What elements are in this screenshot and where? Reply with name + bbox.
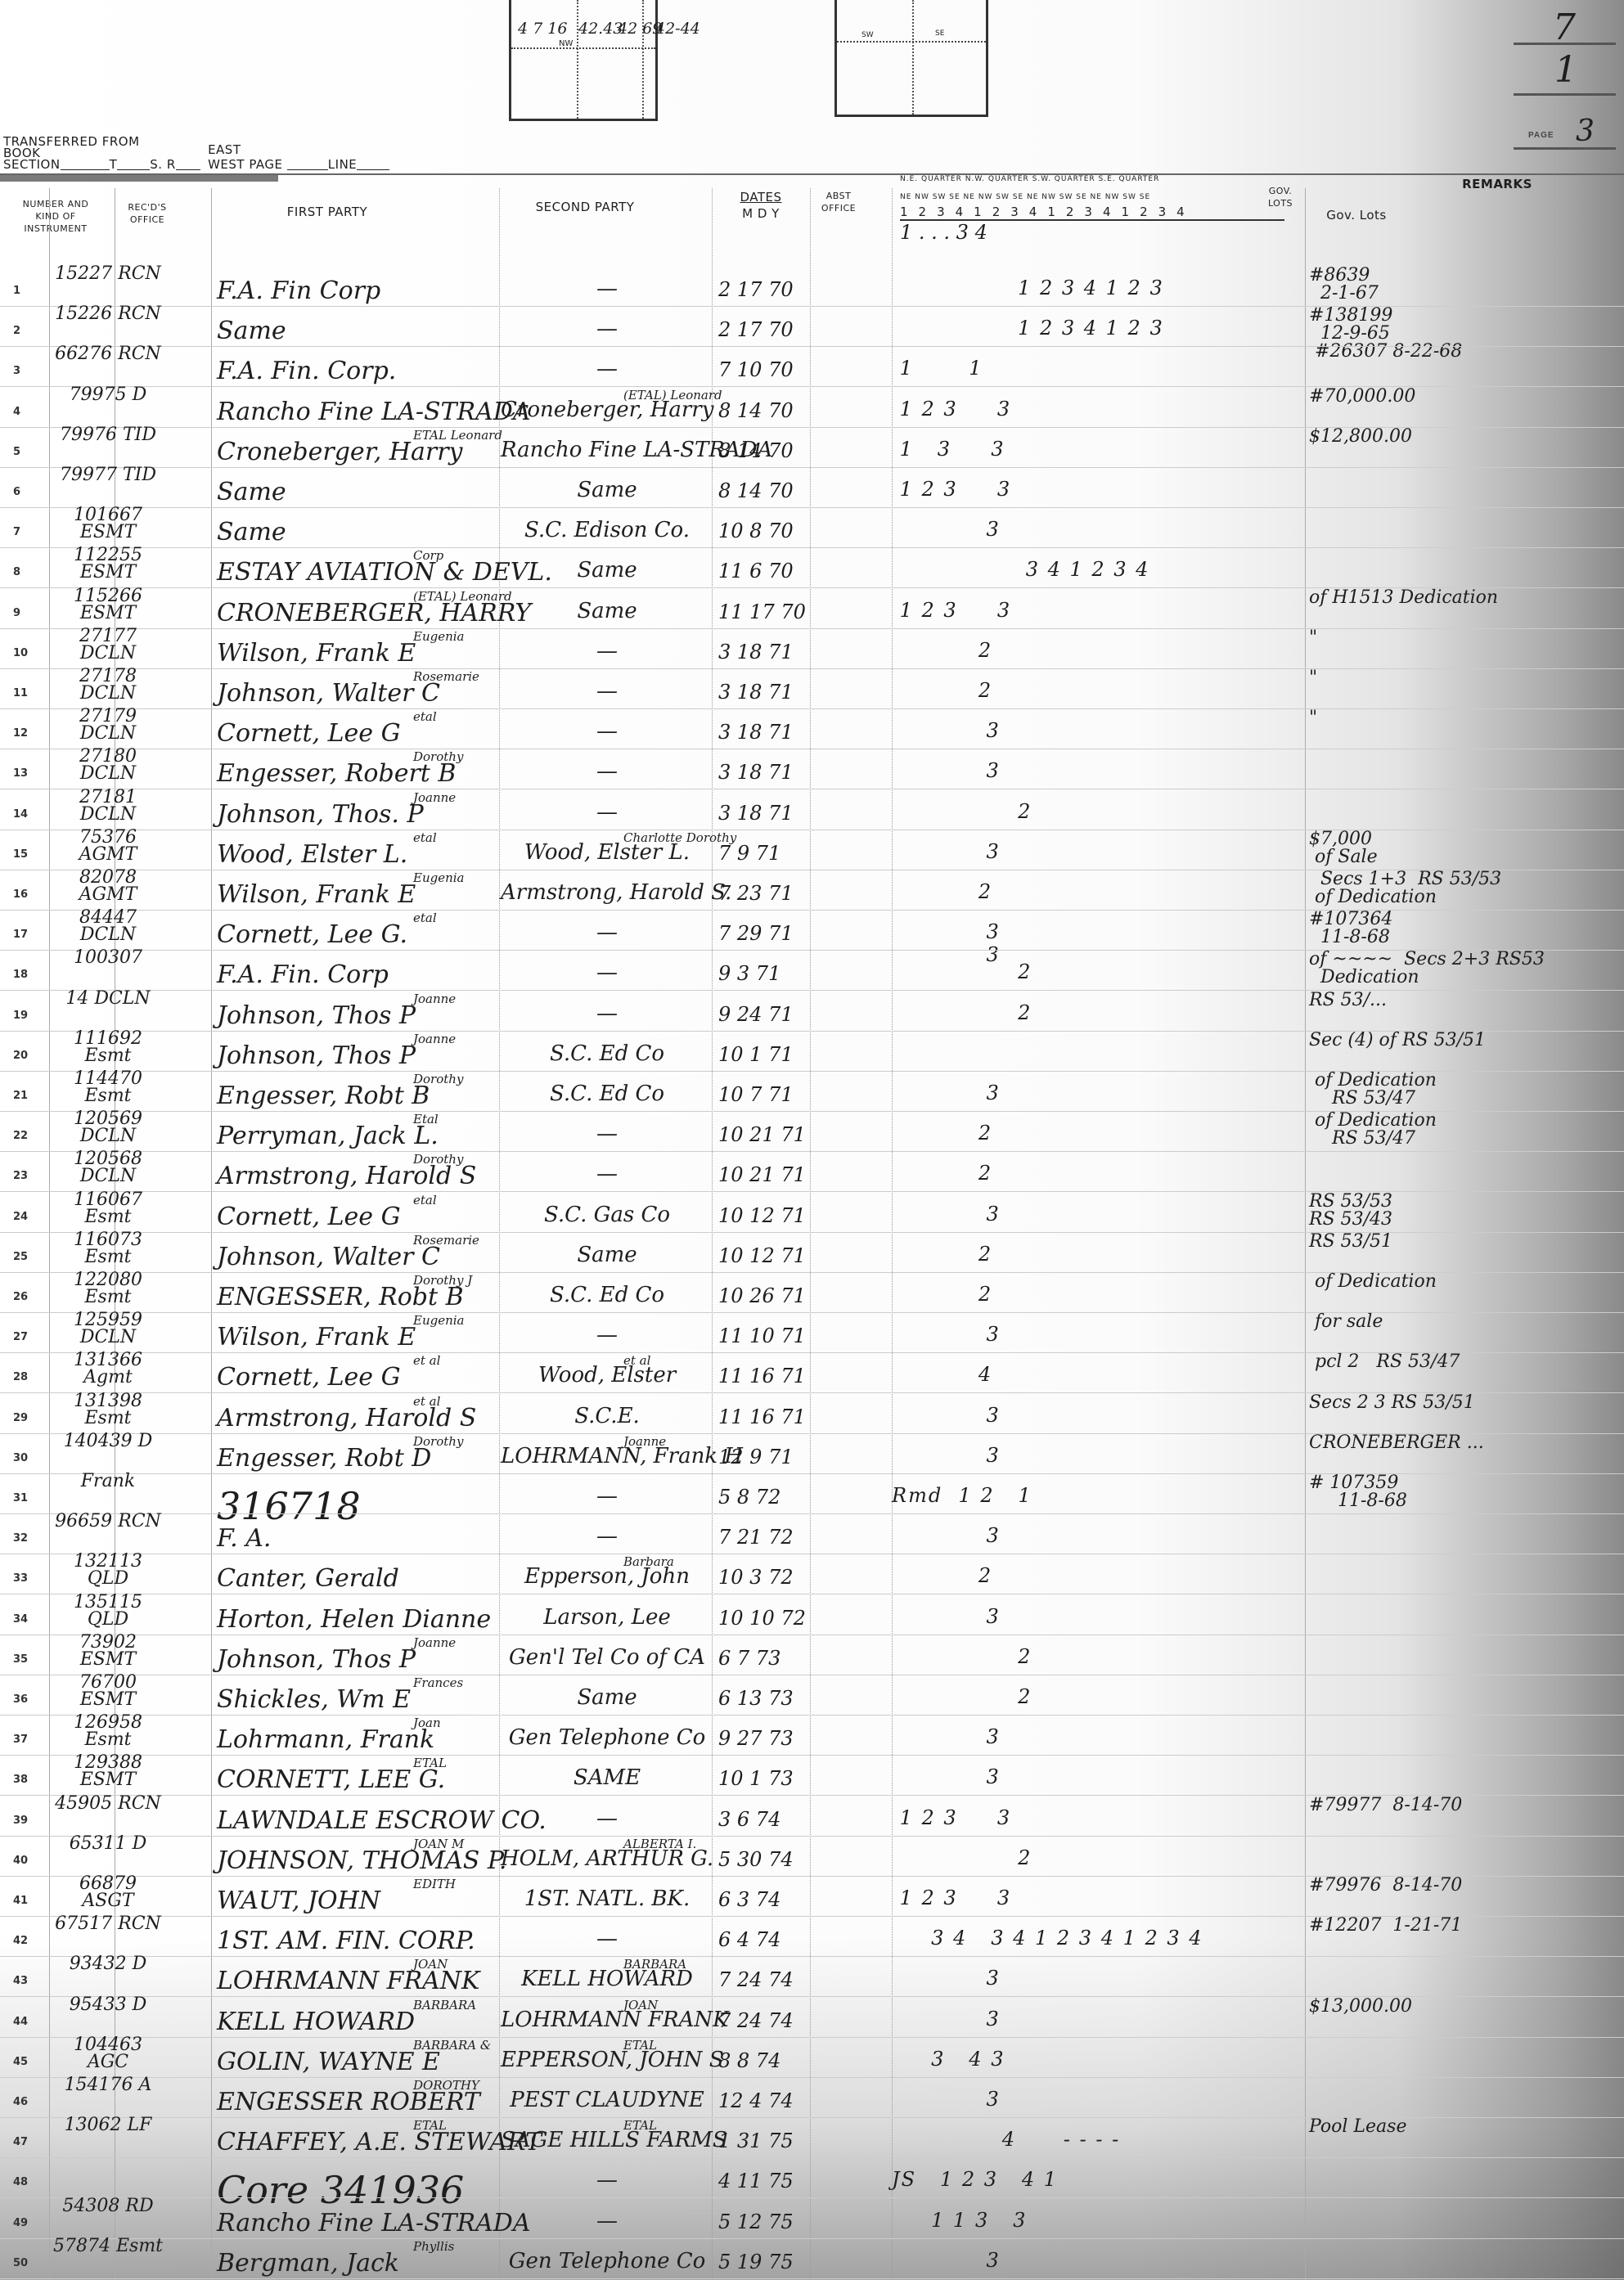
quarter-marks: 1 3 3 bbox=[892, 438, 1284, 461]
first-party-note: Eugenia bbox=[413, 870, 465, 885]
row-rule bbox=[0, 2037, 1624, 2038]
first-party-note: ETAL bbox=[413, 2118, 447, 2133]
record-date: 6 3 74 bbox=[718, 1888, 808, 1911]
second-party: — bbox=[501, 277, 713, 301]
row-number: 48 bbox=[13, 2176, 28, 2188]
instrument-number: 129388 ESMT bbox=[51, 1754, 165, 1788]
quarter-marks: 3 bbox=[892, 719, 1284, 742]
first-party-name: F.A. Fin Corp bbox=[217, 277, 380, 305]
instrument-number: 140439 D bbox=[51, 1432, 165, 1450]
header-abst-office: ABST OFFICE bbox=[814, 190, 863, 214]
record-date: 11 17 70 bbox=[718, 600, 808, 623]
second-party: — bbox=[501, 759, 713, 784]
quarter-marks: 3 bbox=[892, 2249, 1284, 2272]
remark: #79977 8-14-70 bbox=[1309, 1797, 1620, 1815]
remark: Sec (4) of RS 53/51 bbox=[1309, 1032, 1620, 1050]
quarter-marks: 3 3 bbox=[892, 920, 1284, 966]
first-party-note: DOROTHY bbox=[413, 2078, 479, 2093]
row-number: 35 bbox=[13, 1653, 28, 1666]
first-party-note: Joanne bbox=[413, 790, 456, 805]
row-rule bbox=[0, 2238, 1624, 2239]
row-number: 6 bbox=[13, 486, 20, 498]
second-party-name: Same bbox=[577, 599, 637, 623]
instrument-number: 45905 RCN bbox=[51, 1795, 165, 1812]
quarter-marks: 1 2 3 3 bbox=[892, 478, 1284, 501]
second-party: Same bbox=[501, 478, 713, 502]
remark: #107364 11-8-68 bbox=[1309, 911, 1620, 947]
east-label: EAST bbox=[208, 144, 241, 155]
row-rule bbox=[0, 467, 1624, 468]
instrument-number: 104463 AGC bbox=[51, 2036, 165, 2071]
second-party-name: — bbox=[596, 719, 618, 744]
second-party: S.C. Gas Co bbox=[501, 1203, 713, 1227]
instrument-number: 116073 Esmt bbox=[51, 1231, 165, 1266]
first-party-note: BARBARA bbox=[413, 1998, 476, 2012]
first-party-note: Joan bbox=[413, 1716, 441, 1730]
quarter-marks: 1 2 3 4 1 2 3 bbox=[892, 317, 1284, 340]
row-number: 16 bbox=[13, 888, 28, 901]
first-party-name: WAUT, JOHN bbox=[217, 1887, 380, 1915]
first-party-name: Cornett, Lee G bbox=[217, 1363, 401, 1392]
instrument-number: 116067 Esmt bbox=[51, 1191, 165, 1225]
first-party-name: Cornett, Lee G bbox=[217, 1203, 401, 1231]
instrument-number: 114470 Esmt bbox=[51, 1070, 165, 1104]
row-rule bbox=[0, 1513, 1624, 1514]
instrument-number: 75376 AGMT bbox=[51, 829, 165, 863]
first-party-note: Rosemarie bbox=[413, 669, 479, 684]
remark: Secs 1+3 RS 53/53 of Dedication bbox=[1309, 870, 1620, 906]
quarter-marks: 2 bbox=[892, 1564, 1284, 1587]
row-number: 43 bbox=[13, 1975, 28, 1987]
first-party-note: Dorothy bbox=[413, 1152, 463, 1167]
second-party-name: S.C.E. bbox=[574, 1404, 640, 1428]
quarter-marks: 3 bbox=[892, 1082, 1284, 1104]
record-date: 3 18 71 bbox=[718, 681, 808, 704]
row-rule bbox=[0, 1675, 1624, 1675]
first-party-note: Joanne bbox=[413, 992, 456, 1006]
second-party: — bbox=[501, 920, 713, 945]
row-number: 44 bbox=[13, 2016, 28, 2028]
record-date: 12 4 74 bbox=[718, 2089, 808, 2112]
second-party: — bbox=[501, 1162, 713, 1186]
instrument-number: 112255 ESMT bbox=[51, 546, 165, 581]
instrument-number: Frank bbox=[51, 1473, 165, 1490]
first-party-note: etal bbox=[413, 830, 437, 845]
row-number: 7 bbox=[13, 526, 20, 538]
second-party: — bbox=[501, 639, 713, 663]
record-date: 9 27 73 bbox=[718, 1727, 808, 1750]
page-number: 3 bbox=[1576, 115, 1595, 148]
second-party: Same bbox=[501, 1685, 713, 1710]
second-party: S.C. Ed Co bbox=[501, 1283, 713, 1307]
first-party-name: Johnson, Walter C bbox=[217, 679, 440, 708]
header-recd-office: REC'D'S OFFICE bbox=[123, 201, 172, 226]
first-party-note: Eugenia bbox=[413, 629, 465, 644]
quarter-marks: JS 1 2 3 4 1 bbox=[892, 2168, 1284, 2191]
second-party-name: — bbox=[596, 1484, 618, 1509]
quarter-marks: 2 bbox=[892, 1685, 1284, 1708]
first-party-name: CORNETT, LEE G. bbox=[217, 1765, 445, 1794]
second-party: PEST CLAUDYNE bbox=[501, 2088, 713, 2112]
instrument-number: 82078 AGMT bbox=[51, 869, 165, 903]
first-party-note: (ETAL) Leonard bbox=[413, 589, 512, 604]
second-party-name: — bbox=[596, 639, 618, 663]
record-date: 10 7 71 bbox=[718, 1083, 808, 1106]
first-party-name: Perryman, Jack L. bbox=[217, 1122, 439, 1150]
plat-entry: 4 7 16 bbox=[518, 20, 567, 38]
second-party: SAME bbox=[501, 1765, 713, 1790]
row-rule bbox=[0, 547, 1624, 548]
quarter-marks: 3 bbox=[892, 1725, 1284, 1748]
remark: #138199 12-9-65 #26307 8-22-68 bbox=[1309, 307, 1620, 361]
r-label: R bbox=[167, 157, 176, 172]
column-divider bbox=[49, 188, 50, 2280]
column-divider bbox=[211, 188, 212, 2280]
record-date: 7 23 71 bbox=[718, 882, 808, 905]
instrument-number: 57874 Esmt bbox=[51, 2237, 165, 2255]
record-date: 10 1 73 bbox=[718, 1767, 808, 1790]
first-party-note: Dorothy bbox=[413, 1434, 463, 1449]
first-party-name: Johnson, Walter C bbox=[217, 1243, 440, 1271]
header-quarters: N.E. QUARTER N.W. QUARTER S.W. QUARTER S… bbox=[900, 175, 1260, 183]
first-party-name: Johnson, Thos. P bbox=[217, 800, 424, 829]
first-party-note: etal bbox=[413, 911, 437, 925]
quarter-marks: 2 bbox=[892, 880, 1284, 903]
instrument-number: 27179 DCLN bbox=[51, 708, 165, 742]
remark: $7,000 of Sale bbox=[1309, 830, 1620, 866]
second-party: — bbox=[501, 1524, 713, 1549]
plat-entry: 42.43 bbox=[578, 20, 623, 38]
row-number: 25 bbox=[13, 1251, 28, 1263]
remark: for sale bbox=[1309, 1313, 1620, 1331]
remark: " bbox=[1309, 709, 1620, 727]
row-number: 39 bbox=[13, 1815, 28, 1827]
instrument-number: 76700 ESMT bbox=[51, 1674, 165, 1708]
row-number: 36 bbox=[13, 1693, 28, 1706]
record-date: 7 24 74 bbox=[718, 1968, 808, 1991]
record-date: 7 10 70 bbox=[718, 358, 808, 381]
quarter-marks: Rmd 1 2 1 bbox=[892, 1484, 1284, 1507]
second-party: — bbox=[501, 719, 713, 744]
quarter-marks: 2 bbox=[892, 1283, 1284, 1306]
instrument-number: 132113 QLD bbox=[51, 1553, 165, 1587]
instrument-number: 54308 RD bbox=[51, 2197, 165, 2215]
second-party: EPPERSON, JOHN SETAL bbox=[501, 2048, 713, 2072]
quarter-marks: 3 4 3 4 1 2 3 4 1 2 3 4 bbox=[892, 1927, 1284, 1949]
second-party: HOLM, ARTHUR G.ALBERTA I. bbox=[501, 1846, 713, 1871]
record-date: 3 6 74 bbox=[718, 1808, 808, 1831]
first-party-name: Wilson, Frank E bbox=[217, 1323, 416, 1351]
second-party-name: S.C. Ed Co bbox=[550, 1041, 664, 1066]
header-band bbox=[0, 175, 278, 182]
record-date: 5 19 75 bbox=[718, 2251, 808, 2273]
quarter-marks: 1 2 3 3 bbox=[892, 1887, 1284, 1909]
record-date: 10 26 71 bbox=[718, 1284, 808, 1307]
second-party: Epperson, JohnBarbara bbox=[501, 1564, 713, 1589]
record-date: 8 14 70 bbox=[718, 479, 808, 502]
instrument-number: 100307 bbox=[51, 949, 165, 966]
first-party-note: ETAL Leonard bbox=[413, 428, 502, 443]
quarter-marks: 2 bbox=[892, 960, 1284, 983]
record-date: 6 7 73 bbox=[718, 1647, 808, 1670]
second-party-name: 1ST. NATL. BK. bbox=[524, 1887, 690, 1911]
record-date: 3 18 71 bbox=[718, 761, 808, 784]
instrument-number: 154176 A bbox=[51, 2076, 165, 2093]
record-date: 3 18 71 bbox=[718, 802, 808, 825]
row-rule bbox=[0, 1715, 1624, 1716]
row-number: 1 bbox=[13, 285, 20, 297]
first-party-note: et al bbox=[413, 1353, 440, 1368]
remark: #12207 1-21-71 bbox=[1309, 1917, 1620, 1935]
quarter-marks: 4 bbox=[892, 1363, 1284, 1386]
quarter-marks: 2 bbox=[892, 1162, 1284, 1185]
quarter-marks: 3 bbox=[892, 1444, 1284, 1467]
second-party-name: LOHRMANN FRANK bbox=[501, 2008, 729, 2032]
second-party-name: — bbox=[596, 1162, 618, 1186]
remark: of Dedication RS 53/47 bbox=[1309, 1072, 1620, 1108]
remark: Pool Lease bbox=[1309, 2118, 1620, 2136]
header-first-party: FIRST PARTY bbox=[245, 205, 409, 219]
first-party-name: KELL HOWARD bbox=[217, 2008, 415, 2036]
header-remarks: REMARKS bbox=[1424, 177, 1571, 191]
row-number: 41 bbox=[13, 1895, 28, 1907]
remark: #70,000.00 bbox=[1309, 388, 1620, 406]
second-party-note: Barbara bbox=[623, 1554, 674, 1569]
first-party-note: Eugenia bbox=[413, 1313, 465, 1328]
second-party-note: et al bbox=[623, 1353, 650, 1368]
second-party-note: ALBERTA I. bbox=[623, 1837, 696, 1851]
section-label: SECTION bbox=[3, 157, 61, 172]
row-number: 34 bbox=[13, 1613, 28, 1626]
first-party-name: F. A. bbox=[217, 1524, 271, 1553]
first-party-name: Core 341936 bbox=[217, 2168, 464, 2212]
second-party: — bbox=[501, 679, 713, 704]
west-page-label: WEST PAGE bbox=[208, 157, 282, 172]
row-number: 4 bbox=[13, 406, 20, 418]
row-rule bbox=[0, 1755, 1624, 1756]
first-party-name: Horton, Helen Dianne bbox=[217, 1605, 491, 1634]
second-party: Wood, Elster L.Charlotte Dorothy bbox=[501, 840, 713, 865]
row-number: 50 bbox=[13, 2257, 28, 2269]
first-party-name: F.A. Fin. Corp bbox=[217, 960, 389, 989]
row-rule bbox=[0, 2278, 1624, 2279]
record-date: 5 8 72 bbox=[718, 1486, 808, 1509]
row-number: 18 bbox=[13, 969, 28, 981]
transferred-from-title: TRANSFERRED FROM bbox=[3, 136, 389, 147]
second-party-name: Gen Telephone Co bbox=[509, 2249, 706, 2273]
row-number: 20 bbox=[13, 1050, 28, 1062]
second-party: S.C. Ed Co bbox=[501, 1041, 713, 1066]
instrument-number: 79976 TID bbox=[51, 426, 165, 443]
first-party-name: Engesser, Robt D bbox=[217, 1444, 431, 1473]
remark: RS 53/... bbox=[1309, 992, 1620, 1010]
first-party-note: JOAN bbox=[413, 1957, 448, 1972]
second-party-name: Gen'l Tel Co of CA bbox=[509, 1645, 705, 1670]
record-date: 7 29 71 bbox=[718, 922, 808, 945]
row-number: 17 bbox=[13, 929, 28, 941]
row-rule bbox=[0, 1956, 1624, 1957]
record-date: 6 13 73 bbox=[718, 1687, 808, 1710]
row-number: 33 bbox=[13, 1572, 28, 1585]
plat-label: SW bbox=[861, 31, 874, 39]
instrument-number: 131366 Agmt bbox=[51, 1351, 165, 1386]
instrument-number: 14 DCLN bbox=[51, 990, 165, 1007]
second-party: Same bbox=[501, 1243, 713, 1267]
record-date: 5 30 74 bbox=[718, 1848, 808, 1871]
record-date: 4 11 75 bbox=[718, 2170, 808, 2192]
row-rule bbox=[0, 507, 1624, 508]
second-party-name: — bbox=[596, 1927, 618, 1951]
second-party-name: — bbox=[596, 277, 618, 301]
column-divider bbox=[810, 188, 811, 2280]
second-party-name: — bbox=[596, 960, 618, 985]
remark: of H1513 Dedication bbox=[1309, 589, 1620, 607]
row-number: 12 bbox=[13, 727, 28, 740]
instrument-number: 126958 Esmt bbox=[51, 1714, 165, 1748]
plat-label: SE bbox=[935, 29, 944, 38]
first-party-name: GOLIN, WAYNE E bbox=[217, 2048, 440, 2076]
second-party-name: — bbox=[596, 1806, 618, 1831]
first-party-name: Wilson, Frank E bbox=[217, 639, 416, 668]
row-number: 9 bbox=[13, 607, 20, 619]
row-number: 11 bbox=[13, 687, 28, 699]
record-date: 7 9 71 bbox=[718, 842, 808, 865]
page-index-middle: 1 bbox=[1554, 49, 1577, 91]
second-party: Rancho Fine LA-STRADA bbox=[501, 438, 713, 462]
second-party-note: JOAN bbox=[623, 1998, 658, 2012]
record-date: 10 12 71 bbox=[718, 1204, 808, 1227]
second-party-name: — bbox=[596, 1323, 618, 1347]
record-date: 2 17 70 bbox=[718, 318, 808, 341]
second-party-name: Same bbox=[577, 478, 637, 502]
row-number: 42 bbox=[13, 1935, 28, 1947]
record-date: 2 17 70 bbox=[718, 278, 808, 301]
instrument-number: 73902 ESMT bbox=[51, 1634, 165, 1668]
record-date: 10 12 71 bbox=[718, 1244, 808, 1267]
quarter-marks: 1 2 3 4 1 2 3 bbox=[892, 277, 1284, 299]
record-date: 11 10 71 bbox=[718, 1324, 808, 1347]
row-rule bbox=[0, 789, 1624, 789]
plat-box-right: SW SE bbox=[834, 0, 988, 117]
quarter-marks: 3 bbox=[892, 2088, 1284, 2111]
first-party-name: LAWNDALE ESCROW CO. bbox=[217, 1806, 547, 1835]
record-date: 1 31 75 bbox=[718, 2129, 808, 2152]
record-date: 10 21 71 bbox=[718, 1123, 808, 1146]
quarter-marks: 2 bbox=[892, 1846, 1284, 1869]
transferred-from: TRANSFERRED FROM BOOK SECTIONTS. R EAST … bbox=[3, 136, 389, 170]
record-date: 10 21 71 bbox=[718, 1163, 808, 1186]
second-party-name: Wood, Elster bbox=[538, 1363, 676, 1387]
instrument-number: 13062 LF bbox=[51, 2116, 165, 2134]
second-party: SAGE HILLS FARMSETAL bbox=[501, 2128, 713, 2152]
first-party-note: EDITH bbox=[413, 1877, 456, 1891]
second-party: — bbox=[501, 1001, 713, 1026]
first-party-name: 316718 bbox=[217, 1484, 361, 1528]
quarter-marks: 2 bbox=[892, 679, 1284, 702]
second-party-name: — bbox=[596, 759, 618, 784]
page-label: PAGE bbox=[1528, 131, 1554, 140]
first-party-note: Corp bbox=[413, 548, 443, 563]
row-number: 32 bbox=[13, 1532, 28, 1545]
row-number: 26 bbox=[13, 1291, 28, 1303]
second-party: — bbox=[501, 1122, 713, 1146]
record-date: 12 9 71 bbox=[718, 1446, 808, 1468]
second-party-note: BARBARA bbox=[623, 1957, 686, 1972]
second-party: — bbox=[501, 2168, 713, 2192]
row-rule bbox=[0, 1594, 1624, 1594]
instrument-number: 96659 RCN bbox=[51, 1513, 165, 1530]
quarter-marks: 3 bbox=[892, 518, 1284, 541]
record-date: 5 12 75 bbox=[718, 2210, 808, 2233]
record-date: 3 18 71 bbox=[718, 721, 808, 744]
record-date: 11 16 71 bbox=[718, 1405, 808, 1428]
remark: of ~~~~ Secs 2+3 RS53 Dedication bbox=[1309, 951, 1620, 987]
row-number: 21 bbox=[13, 1090, 28, 1102]
second-party: Armstrong, Harold S. bbox=[501, 880, 713, 905]
quarter-marks: 3 4 1 2 3 4 bbox=[892, 558, 1284, 581]
row-number: 49 bbox=[13, 2217, 28, 2229]
first-party-note: Dorothy bbox=[413, 749, 463, 764]
second-party-note: ETAL bbox=[623, 2038, 657, 2053]
header-gov-lots: Gov. Lots bbox=[1316, 208, 1397, 223]
instrument-number: 66276 RCN bbox=[51, 345, 165, 362]
quarter-marks: 3 bbox=[892, 1203, 1284, 1225]
row-number: 40 bbox=[13, 1855, 28, 1867]
second-party: S.C. Ed Co bbox=[501, 1082, 713, 1106]
second-party-name: — bbox=[596, 920, 618, 945]
instrument-number: 27181 DCLN bbox=[51, 789, 165, 823]
second-party-name: SAME bbox=[574, 1765, 641, 1790]
remark: # 107359 11-8-68 bbox=[1309, 1474, 1620, 1510]
second-party-note: (ETAL) Leonard bbox=[623, 388, 722, 402]
quarter-marks: 4 - - - - bbox=[892, 2128, 1284, 2151]
record-date: 10 1 71 bbox=[718, 1043, 808, 1066]
first-party-note: Etal bbox=[413, 1112, 439, 1127]
quarter-marks: 1 2 3 3 bbox=[892, 599, 1284, 622]
remark: " bbox=[1309, 669, 1620, 687]
second-party-name: Armstrong, Harold S. bbox=[501, 880, 731, 905]
second-party-name: S.C. Gas Co bbox=[544, 1203, 670, 1227]
first-party-name: Engesser, Robt B bbox=[217, 1082, 430, 1110]
second-party: — bbox=[501, 960, 713, 985]
header-dates-mdy: M D Y bbox=[720, 206, 802, 221]
record-date: 8 8 74 bbox=[718, 2049, 808, 2072]
quarter-marks: 3 bbox=[892, 1967, 1284, 1990]
first-party-name: Canter, Gerald bbox=[217, 1564, 399, 1593]
record-date: 9 3 71 bbox=[718, 962, 808, 985]
second-party-note: ETAL bbox=[623, 2118, 657, 2133]
row-rule bbox=[0, 1151, 1624, 1152]
second-party-name: — bbox=[596, 679, 618, 704]
first-party-note: Frances bbox=[413, 1675, 463, 1690]
header-quarter-numbers: 1234123412341234 bbox=[900, 205, 1284, 221]
quarter-marks: 3 bbox=[892, 2008, 1284, 2030]
second-party-note: Joanne bbox=[623, 1434, 666, 1449]
second-party: Gen'l Tel Co of CA bbox=[501, 1645, 713, 1670]
quarter-marks: 1 2 3 3 bbox=[892, 1806, 1284, 1829]
instrument-number: 95433 D bbox=[51, 1996, 165, 2013]
row-number: 22 bbox=[13, 1130, 28, 1142]
second-party: — bbox=[501, 2209, 713, 2233]
first-party-note: Dorothy J bbox=[413, 1273, 472, 1288]
row-rule bbox=[0, 1836, 1624, 1837]
second-party-name: S.C. Ed Co bbox=[550, 1082, 664, 1106]
record-date: 10 8 70 bbox=[718, 519, 808, 542]
instrument-number: 27178 DCLN bbox=[51, 668, 165, 702]
header-second-party: SECOND PARTY bbox=[503, 200, 667, 214]
first-party-name: Lohrmann, Frank bbox=[217, 1725, 434, 1754]
instrument-number: 135115 QLD bbox=[51, 1594, 165, 1628]
